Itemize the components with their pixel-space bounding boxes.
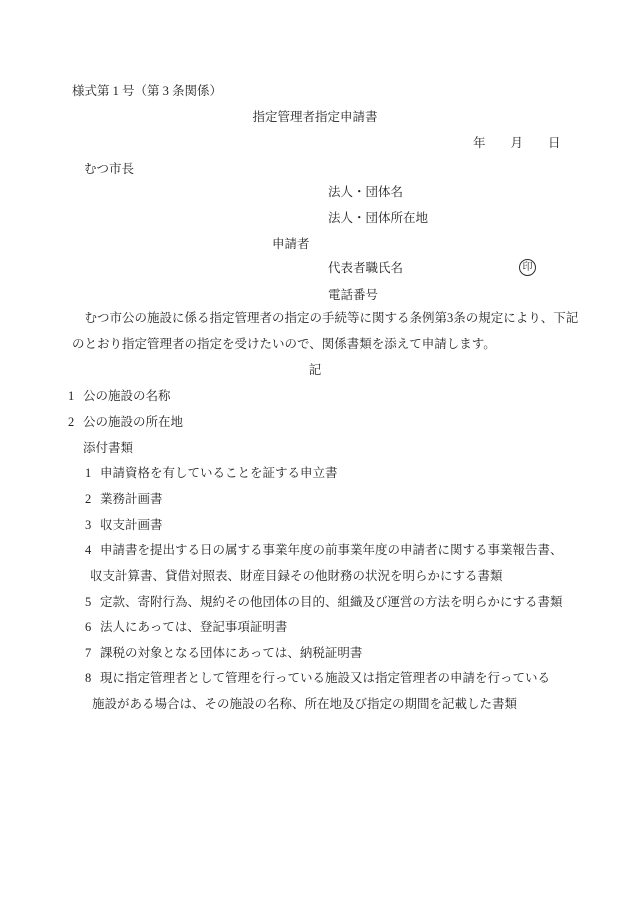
- attachment-item-2-number: 2: [85, 491, 100, 508]
- attachment-item-3-text: 収支計画書: [100, 518, 163, 532]
- attachment-item-8-continuation: 施設がある場合は、その施設の名称、所在地及び指定の期間を記載した書類: [92, 696, 517, 713]
- record-heading: 記: [0, 362, 630, 379]
- attachment-item-4-continuation: 収支計算書、貸借対照表、財産目録その他財務の状況を明らかにする書類: [90, 568, 503, 585]
- attachment-item-4: 4申請書を提出する日の属する事業年度の前事業年度の申請者に関する事業報告書、: [85, 542, 563, 559]
- attachments-heading: 添付書類: [83, 440, 133, 457]
- applicant-label: 申請者: [272, 236, 310, 253]
- attachment-item-7-text: 課税の対象となる団体にあっては、納税証明書: [100, 646, 362, 660]
- main-item-2-text: 公の施設の所在地: [83, 415, 183, 429]
- attachment-item-5-number: 5: [85, 594, 100, 611]
- attachment-item-4-number: 4: [85, 542, 100, 559]
- date-year-label: 年: [473, 135, 486, 152]
- attachment-item-6: 6法人にあっては、登記事項証明書: [85, 619, 287, 636]
- attachment-item-6-number: 6: [85, 619, 100, 636]
- body-paragraph-line-2: のとおり指定管理者の指定を受けたいので、関係書類を添えて申請します。: [72, 336, 496, 353]
- main-item-1-number: 1: [68, 388, 83, 405]
- form-number: 様式第 1 号（第 3 条関係）: [72, 83, 222, 100]
- date-month-label: 月: [511, 135, 524, 152]
- corporate-name-label: 法人・団体名: [328, 184, 403, 201]
- date-line: 年月日: [473, 135, 561, 152]
- attachment-item-1: 1申請資格を有していることを証する申立書: [85, 465, 338, 482]
- attachment-item-8-text: 現に指定管理者として管理を行っている施設又は指定管理者の申請を行っている: [100, 671, 550, 685]
- attachment-item-3-number: 3: [85, 517, 100, 534]
- attachment-item-8-number: 8: [85, 670, 100, 687]
- addressee: むつ市長: [84, 161, 134, 178]
- attachment-item-5-text: 定款、寄附行為、規約その他団体の目的、組織及び運営の方法を明らかにする書類: [100, 595, 563, 609]
- corporate-address-label: 法人・団体所在地: [328, 210, 428, 227]
- attachment-item-3: 3収支計画書: [85, 517, 163, 534]
- attachment-item-7-number: 7: [85, 645, 100, 662]
- representative-label: 代表者職氏名: [328, 260, 403, 277]
- main-item-1-text: 公の施設の名称: [83, 389, 171, 403]
- date-day-label: 日: [548, 135, 561, 152]
- application-form-page: 様式第 1 号（第 3 条関係） 指定管理者指定申請書 年月日 むつ市長 法人・…: [0, 0, 630, 915]
- attachment-item-2-text: 業務計画書: [100, 492, 163, 506]
- attachment-item-1-number: 1: [85, 465, 100, 482]
- main-item-1: 1公の施設の名称: [68, 388, 171, 405]
- main-item-2-number: 2: [68, 414, 83, 431]
- seal-mark-icon: 印: [519, 259, 536, 276]
- attachment-item-7: 7課税の対象となる団体にあっては、納税証明書: [85, 645, 362, 662]
- phone-label: 電話番号: [328, 287, 378, 304]
- attachment-item-5: 5定款、寄附行為、規約その他団体の目的、組織及び運営の方法を明らかにする書類: [85, 594, 563, 611]
- attachment-item-1-text: 申請資格を有していることを証する申立書: [100, 466, 338, 480]
- body-paragraph-line-1: むつ市公の施設に係る指定管理者の指定の手続等に関する条例第3条の規定により、下記: [72, 310, 578, 327]
- attachment-item-2: 2業務計画書: [85, 491, 163, 508]
- attachment-item-6-text: 法人にあっては、登記事項証明書: [100, 620, 287, 634]
- document-title: 指定管理者指定申請書: [0, 109, 630, 126]
- main-item-2: 2公の施設の所在地: [68, 414, 183, 431]
- attachment-item-8: 8現に指定管理者として管理を行っている施設又は指定管理者の申請を行っている: [85, 670, 550, 687]
- attachment-item-4-text: 申請書を提出する日の属する事業年度の前事業年度の申請者に関する事業報告書、: [100, 543, 563, 557]
